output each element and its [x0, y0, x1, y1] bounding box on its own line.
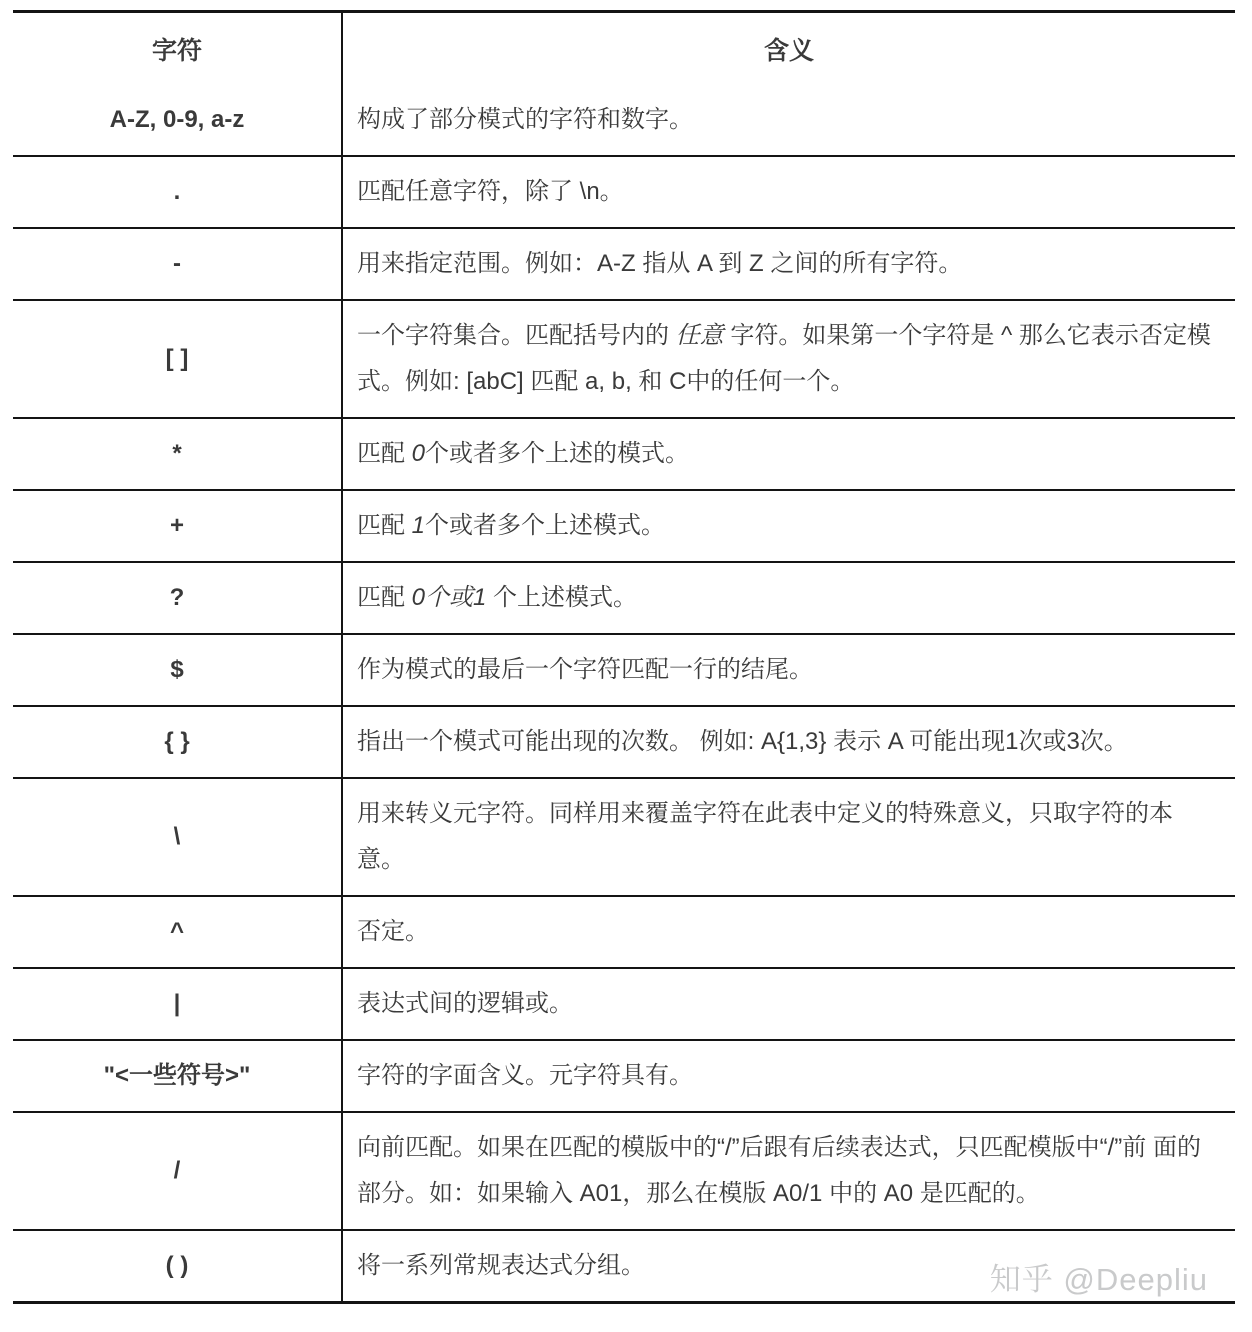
meaning-cell: 一个字符集合。匹配括号内的 任意 字符。如果第一个字符是 ^ 那么它表示否定模式… — [342, 300, 1235, 418]
table-row: { } 指出一个模式可能出现的次数。 例如: A{1,3} 表示 A 可能出现1… — [13, 706, 1235, 778]
table-row: A-Z, 0-9, a-z 构成了部分模式的字符和数字。 — [13, 85, 1235, 156]
char-cell: A-Z, 0-9, a-z — [13, 85, 342, 156]
table-row: $ 作为模式的最后一个字符匹配一行的结尾。 — [13, 634, 1235, 706]
regex-reference-table-wrap: 字符 含义 A-Z, 0-9, a-z 构成了部分模式的字符和数字。 . 匹配任… — [13, 10, 1235, 1304]
char-cell: / — [13, 1112, 342, 1230]
meaning-cell: 用来转义元字符。同样用来覆盖字符在此表中定义的特殊意义，只取字符的本意。 — [342, 778, 1235, 896]
meaning-cell: 向前匹配。如果在匹配的模版中的“/”后跟有后续表达式，只匹配模版中“/”前 面的… — [342, 1112, 1235, 1230]
char-cell: ( ) — [13, 1230, 342, 1303]
meaning-cell: 表达式间的逻辑或。 — [342, 968, 1235, 1040]
char-cell: $ — [13, 634, 342, 706]
meaning-cell: 匹配任意字符，除了 \n。 — [342, 156, 1235, 228]
zhihu-watermark: 知乎 @Deepliu — [990, 1254, 1208, 1299]
table-row: + 匹配 1个或者多个上述模式。 — [13, 490, 1235, 562]
char-cell: { } — [13, 706, 342, 778]
char-column-header: 字符 — [13, 12, 342, 86]
char-cell: [ ] — [13, 300, 342, 418]
meaning-cell: 匹配 0个或者多个上述的模式。 — [342, 418, 1235, 490]
char-cell: . — [13, 156, 342, 228]
char-cell: | — [13, 968, 342, 1040]
table-row: [ ] 一个字符集合。匹配括号内的 任意 字符。如果第一个字符是 ^ 那么它表示… — [13, 300, 1235, 418]
meaning-column-header: 含义 — [342, 12, 1235, 86]
char-cell: \ — [13, 778, 342, 896]
table-row: . 匹配任意字符，除了 \n。 — [13, 156, 1235, 228]
char-cell: ? — [13, 562, 342, 634]
table-row: "<一些符号>" 字符的字面含义。元字符具有。 — [13, 1040, 1235, 1112]
meaning-cell: 构成了部分模式的字符和数字。 — [342, 85, 1235, 156]
char-cell: - — [13, 228, 342, 300]
meaning-cell: 匹配 1个或者多个上述模式。 — [342, 490, 1235, 562]
meaning-cell: 字符的字面含义。元字符具有。 — [342, 1040, 1235, 1112]
table-row: \ 用来转义元字符。同样用来覆盖字符在此表中定义的特殊意义，只取字符的本意。 — [13, 778, 1235, 896]
table-row: / 向前匹配。如果在匹配的模版中的“/”后跟有后续表达式，只匹配模版中“/”前 … — [13, 1112, 1235, 1230]
meaning-cell: 否定。 — [342, 896, 1235, 968]
table-row: ? 匹配 0个或1 个上述模式。 — [13, 562, 1235, 634]
meaning-cell: 指出一个模式可能出现的次数。 例如: A{1,3} 表示 A 可能出现1次或3次… — [342, 706, 1235, 778]
table-row: | 表达式间的逻辑或。 — [13, 968, 1235, 1040]
char-cell: "<一些符号>" — [13, 1040, 342, 1112]
char-cell: + — [13, 490, 342, 562]
table-row: - 用来指定范围。例如：A-Z 指从 A 到 Z 之间的所有字符。 — [13, 228, 1235, 300]
char-cell: * — [13, 418, 342, 490]
char-cell: ^ — [13, 896, 342, 968]
meaning-cell: 作为模式的最后一个字符匹配一行的结尾。 — [342, 634, 1235, 706]
table-body: A-Z, 0-9, a-z 构成了部分模式的字符和数字。 . 匹配任意字符，除了… — [13, 85, 1235, 1303]
table-row: ^ 否定。 — [13, 896, 1235, 968]
table-row: * 匹配 0个或者多个上述的模式。 — [13, 418, 1235, 490]
meaning-cell: 用来指定范围。例如：A-Z 指从 A 到 Z 之间的所有字符。 — [342, 228, 1235, 300]
meaning-cell: 匹配 0个或1 个上述模式。 — [342, 562, 1235, 634]
table-header-row: 字符 含义 — [13, 12, 1235, 86]
regex-reference-table: 字符 含义 A-Z, 0-9, a-z 构成了部分模式的字符和数字。 . 匹配任… — [13, 10, 1235, 1304]
